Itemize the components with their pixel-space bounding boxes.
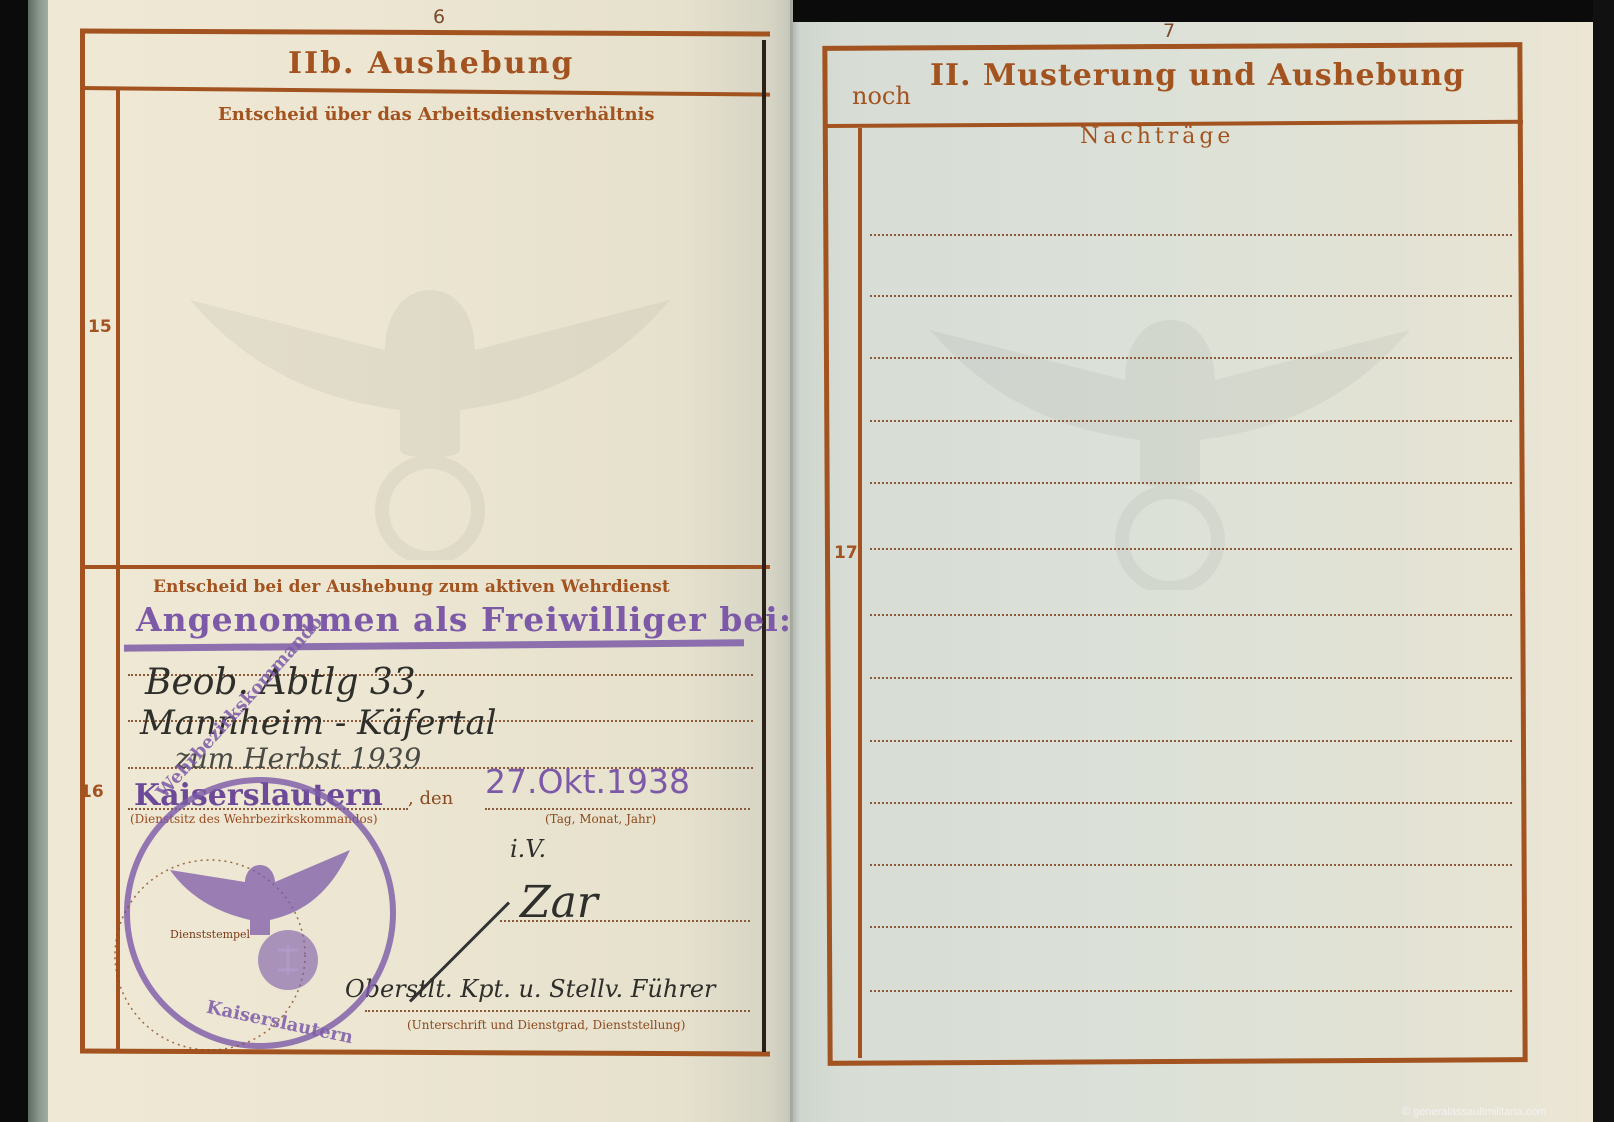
den-label: , den [408,788,453,809]
date-stamp: 27.Okt.1938 [485,762,690,801]
handwritten-location: Mannheim - Käfertal [140,703,497,743]
left-frame-right-edge [762,40,766,1052]
right-section-title: II. Musterung und Aushebung [930,58,1465,93]
row-17-number: 17 [834,543,858,563]
addendum-line [870,926,1512,928]
addendum-line [870,295,1512,297]
row-16-number: 16 [80,782,104,802]
addendum-line [870,740,1512,742]
right-page-number: 7 [1163,20,1175,42]
officer-signature: Zar [520,877,598,928]
section-prefix: noch [852,82,911,110]
left-page-number: 6 [433,6,445,28]
addendum-line [870,614,1512,616]
volunteer-stamp-line: Angenommen als Freiwilliger bei: [136,600,792,639]
iv-note: i.V. [510,835,546,863]
right-number-column-divider [858,128,862,1058]
addendum-line [870,357,1512,359]
addendum-line [870,802,1512,804]
row-17-heading: Nachträge [1080,124,1234,149]
book-spine-shadow [790,0,800,1122]
signature-caption: (Unterschrift und Dienstgrad, Dienststel… [407,1018,685,1032]
row-15-16-divider [80,565,770,569]
watermark-eagle-icon [900,260,1440,590]
rank-line [365,1010,750,1012]
seal-caption: Dienststempel [170,928,250,941]
addendum-line [870,990,1512,992]
date-caption: (Tag, Monat, Jahr) [545,812,656,826]
addendum-line [870,482,1512,484]
row-16-heading: Entscheid bei der Aushebung zum aktiven … [153,577,670,597]
addendum-line [870,420,1512,422]
copyright-notice: © generalassaultmilitaria.com [1402,1106,1546,1118]
addendum-line [870,677,1512,679]
date-line [485,808,750,810]
right-page-edge [1593,0,1614,1122]
row-15-heading: Entscheid über das Arbeitsdienstverhältn… [218,104,655,125]
left-section-title: IIb. Aushebung [288,46,574,81]
addendum-line [870,864,1512,866]
addendum-line [870,234,1512,236]
addendum-line [870,548,1512,550]
watermark-eagle-icon [170,230,690,560]
row-15-number: 15 [88,317,112,337]
